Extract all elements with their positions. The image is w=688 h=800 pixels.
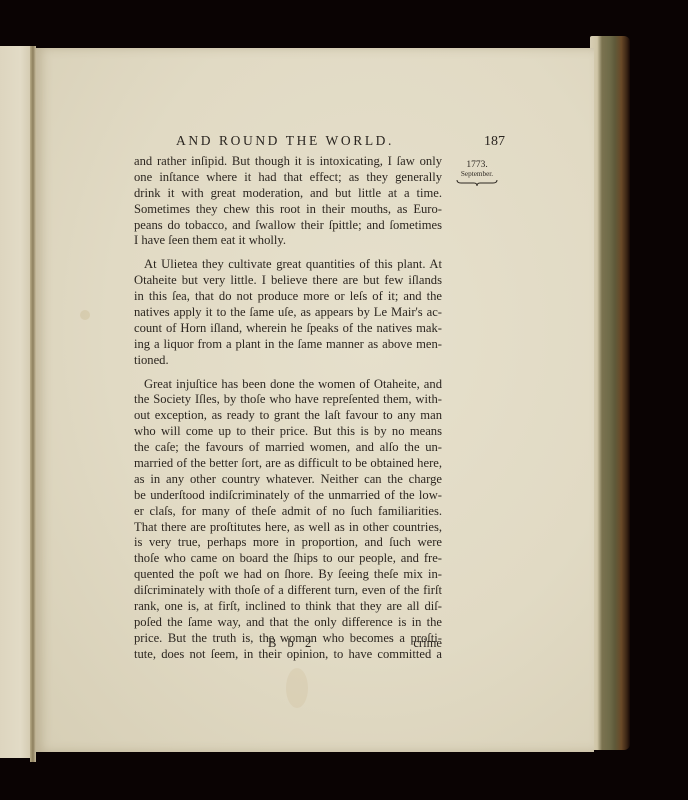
margin-note-month: September. [454,170,500,179]
text-line: I have ſeen them eat it wholly. [134,233,442,249]
running-head-title: AND ROUND THE WORLD. [176,133,394,149]
page-number: 187 [484,134,505,150]
text-line: count of Horn iſland, wherein he ſpeaks … [134,321,442,337]
paper-stain [286,668,308,708]
paper-stain [80,310,90,320]
paragraph-1: and rather inſipid. But though it is int… [134,154,442,249]
text-line: drink it with great moderation, and but … [134,186,442,202]
text-line: out exception, as ready to grant the laſ… [134,408,442,424]
text-line: Sometimes they chew this root in their m… [134,202,442,218]
text-line: Great injuſtice has been done the women … [134,377,442,393]
text-line: the caſe; the favours of married women, … [134,440,442,456]
paragraph-3: Great injuſtice has been done the women … [134,377,442,663]
text-line: the Society Iſles, by thoſe who have rep… [134,392,442,408]
page-footer: B b 2 crime [134,636,442,652]
paragraph-2: At Ulietea they cultivate great quantiti… [134,257,442,368]
text-line: Otaheite but very little. I believe ther… [134,273,442,289]
text-line: diſcriminately with thoſe of a different… [134,583,442,599]
book-gutter [30,46,36,762]
book-scan: AND ROUND THE WORLD. 187 1773. September… [0,0,688,800]
text-line: married of the better ſort, are as diffi… [134,456,442,472]
text-line: peans do tobacco, and ſwallow their ſpit… [134,218,442,234]
text-line: tioned. [134,353,442,369]
text-line: in this ſea, that do not produce more or… [134,289,442,305]
text-line: quented the poſt we had on ſhore. By ſee… [134,567,442,583]
margin-note-year: 1773. [454,160,500,170]
text-line: be underſtood indiſcriminately of the un… [134,488,442,504]
text-line: rank, one is, at firſt, inclined to thin… [134,599,442,615]
text-line: thoſe who came on board the ſhips to our… [134,551,442,567]
running-head: AND ROUND THE WORLD. 187 [0,133,688,153]
brace-icon [456,180,498,186]
text-line: natives apply it to the ſame uſe, as app… [134,305,442,321]
signature-mark: B b 2 [268,636,315,651]
text-line: as in any other country whatever. Neithe… [134,472,442,488]
text-line: and rather inſipid. But though it is int… [134,154,442,170]
text-line: ing a liquor from a plant in the ſame ma… [134,337,442,353]
body-text: and rather inſipid. But though it is int… [134,154,442,671]
catchword: crime [413,636,442,651]
text-line: er claſs, for many of theſe admit of no … [134,504,442,520]
text-line: poſed the ſame way, and that the only di… [134,615,442,631]
margin-note: 1773. September. [454,160,500,186]
text-line: That there are proſtitutes here, as well… [134,520,442,536]
text-line: At Ulietea they cultivate great quantiti… [134,257,442,273]
text-line: one inſtance where it had that effect; a… [134,170,442,186]
text-line: who will come up to their price. But thi… [134,424,442,440]
text-line: is very true, perhaps more in proportion… [134,535,442,551]
